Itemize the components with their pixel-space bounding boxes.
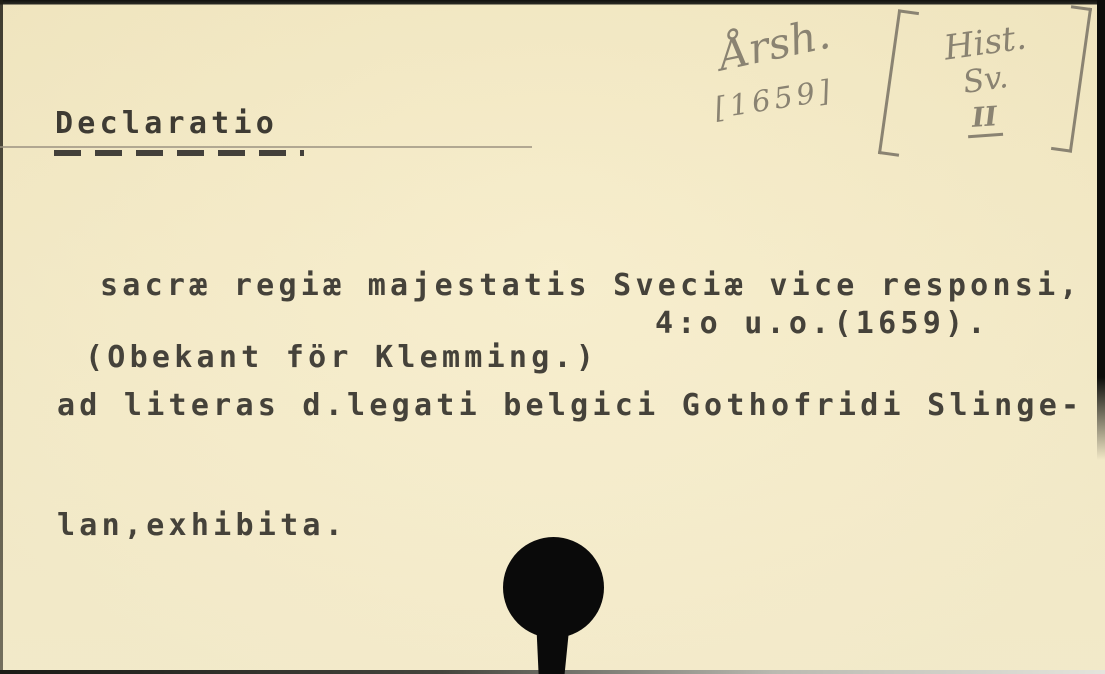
catalog-card: Declaratio sacræ regiæ majestatis Sveciæ… (0, 0, 1105, 674)
body-line: ad literas d.legati belgici Gothofridi S… (57, 386, 1083, 426)
handwritten-year-annotation: [1659] (712, 73, 836, 125)
classification-line: Sv. (960, 60, 1009, 100)
title-dashed-underline (54, 150, 304, 156)
card-title: Declaratio (55, 106, 278, 141)
scan-edge-left (0, 0, 3, 674)
ruled-line (0, 146, 532, 148)
classification-roman-numeral: II (966, 102, 1004, 138)
remark-note: (Obekant för Klemming.) (85, 340, 598, 375)
format-note: 4:o u.o.(1659). (655, 306, 990, 341)
scan-edge-right (1097, 0, 1105, 460)
punch-hole-slot (533, 622, 573, 674)
handwritten-classification: Hist. Sv. II (880, 4, 1090, 158)
body-line: sacræ regiæ majestatis Sveciæ vice respo… (57, 266, 1083, 306)
handwritten-shelf-annotation: Årsh. (714, 9, 834, 80)
